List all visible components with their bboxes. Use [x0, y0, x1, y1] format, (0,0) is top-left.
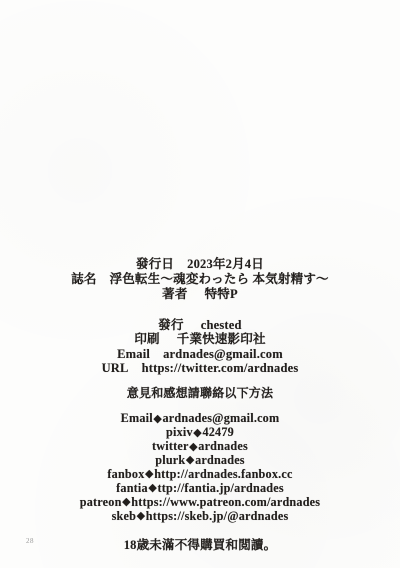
contact-email-row: Email◆ardnades@gmail.com	[0, 412, 400, 426]
production-section: 發行chested 印刷千業快速影印社 Emailardnades@gmail.…	[0, 318, 400, 376]
row-label: fantia	[116, 481, 148, 495]
publisher-row: 發行chested	[0, 318, 400, 333]
row-value: ttp://fantia.jp/ardnades	[157, 481, 283, 495]
diamond-separator: ◆	[193, 427, 202, 439]
contact-plurk-row: plurk◆ardnades	[0, 454, 400, 468]
email-row: Emailardnades@gmail.com	[0, 347, 400, 362]
author-row: 著者特特P	[0, 287, 400, 302]
scanned-page: 發行日2023年2月4日 誌名浮色転生～魂変わったら 本気射精す～ 著者特特P …	[0, 0, 400, 568]
row-label: fanbox	[107, 467, 144, 481]
row-label: 印刷	[134, 332, 159, 346]
diamond-separator: ◆	[148, 482, 157, 494]
diamond-separator: ◆	[137, 510, 146, 522]
row-label: patreon	[80, 495, 122, 509]
row-label: URL	[102, 361, 129, 375]
contact-fantia-row: fantia◆ttp://fantia.jp/ardnades	[0, 482, 400, 496]
row-value: ardnades@gmail.com	[162, 411, 279, 425]
url-row: URLhttps://twitter.com/ardnades	[0, 361, 400, 376]
row-value: http://ardnades.fanbox.cc	[154, 467, 292, 481]
diamond-separator: ◆	[186, 454, 195, 466]
diamond-separator: ◆	[122, 496, 131, 508]
diamond-separator: ◆	[153, 413, 162, 425]
row-value: 特特P	[205, 287, 238, 301]
contact-fanbox-row: fanbox◆http://ardnades.fanbox.cc	[0, 468, 400, 482]
row-value: https://skeb.jp/@ardnades	[146, 509, 289, 523]
row-label: skeb	[112, 509, 137, 523]
page-number: 28	[26, 537, 34, 545]
row-value: ardnades@gmail.com	[163, 347, 283, 361]
row-label: 著者	[162, 287, 187, 301]
contact-twitter-row: twitter◆ardnades	[0, 440, 400, 454]
contact-heading: 意見和感想請聯絡以下方法	[0, 386, 400, 401]
row-value: https://twitter.com/ardnades	[142, 361, 299, 375]
row-label: 發行	[158, 318, 183, 332]
publication-date-row: 發行日2023年2月4日	[0, 257, 400, 272]
age-restriction-notice: 18歳未滿不得購買和閲讀。	[0, 538, 400, 553]
printer-row: 印刷千業快速影印社	[0, 332, 400, 347]
row-label: Email	[117, 347, 150, 361]
row-label: 誌名	[71, 272, 96, 286]
row-value: ardnades	[195, 453, 245, 467]
contact-skeb-row: skeb◆https://skeb.jp/@ardnades	[0, 510, 400, 524]
row-value: chested	[201, 318, 242, 332]
contact-links-section: Email◆ardnades@gmail.com pixiv◆42479 twi…	[0, 412, 400, 523]
row-value: https://www.patreon.com/ardnades	[131, 495, 320, 509]
title-row: 誌名浮色転生～魂変わったら 本気射精す～	[0, 272, 400, 287]
row-value: 浮色転生～魂変わったら 本気射精す～	[110, 272, 329, 286]
row-label: plurk	[155, 453, 185, 467]
contact-patreon-row: patreon◆https://www.patreon.com/ardnades	[0, 496, 400, 510]
row-label: 發行日	[136, 257, 174, 271]
row-value: 千業快速影印社	[177, 332, 266, 346]
row-label: twitter	[152, 439, 189, 453]
row-value: 2023年2月4日	[187, 257, 264, 271]
row-value: 42479	[202, 425, 233, 439]
row-value: ardnades	[198, 439, 248, 453]
diamond-separator: ◆	[145, 468, 154, 480]
publication-section: 發行日2023年2月4日 誌名浮色転生～魂変わったら 本気射精す～ 著者特特P	[0, 0, 400, 303]
row-label: pixiv	[166, 425, 193, 439]
contact-pixiv-row: pixiv◆42479	[0, 426, 400, 440]
diamond-separator: ◆	[189, 441, 198, 453]
row-label: Email	[121, 411, 153, 425]
